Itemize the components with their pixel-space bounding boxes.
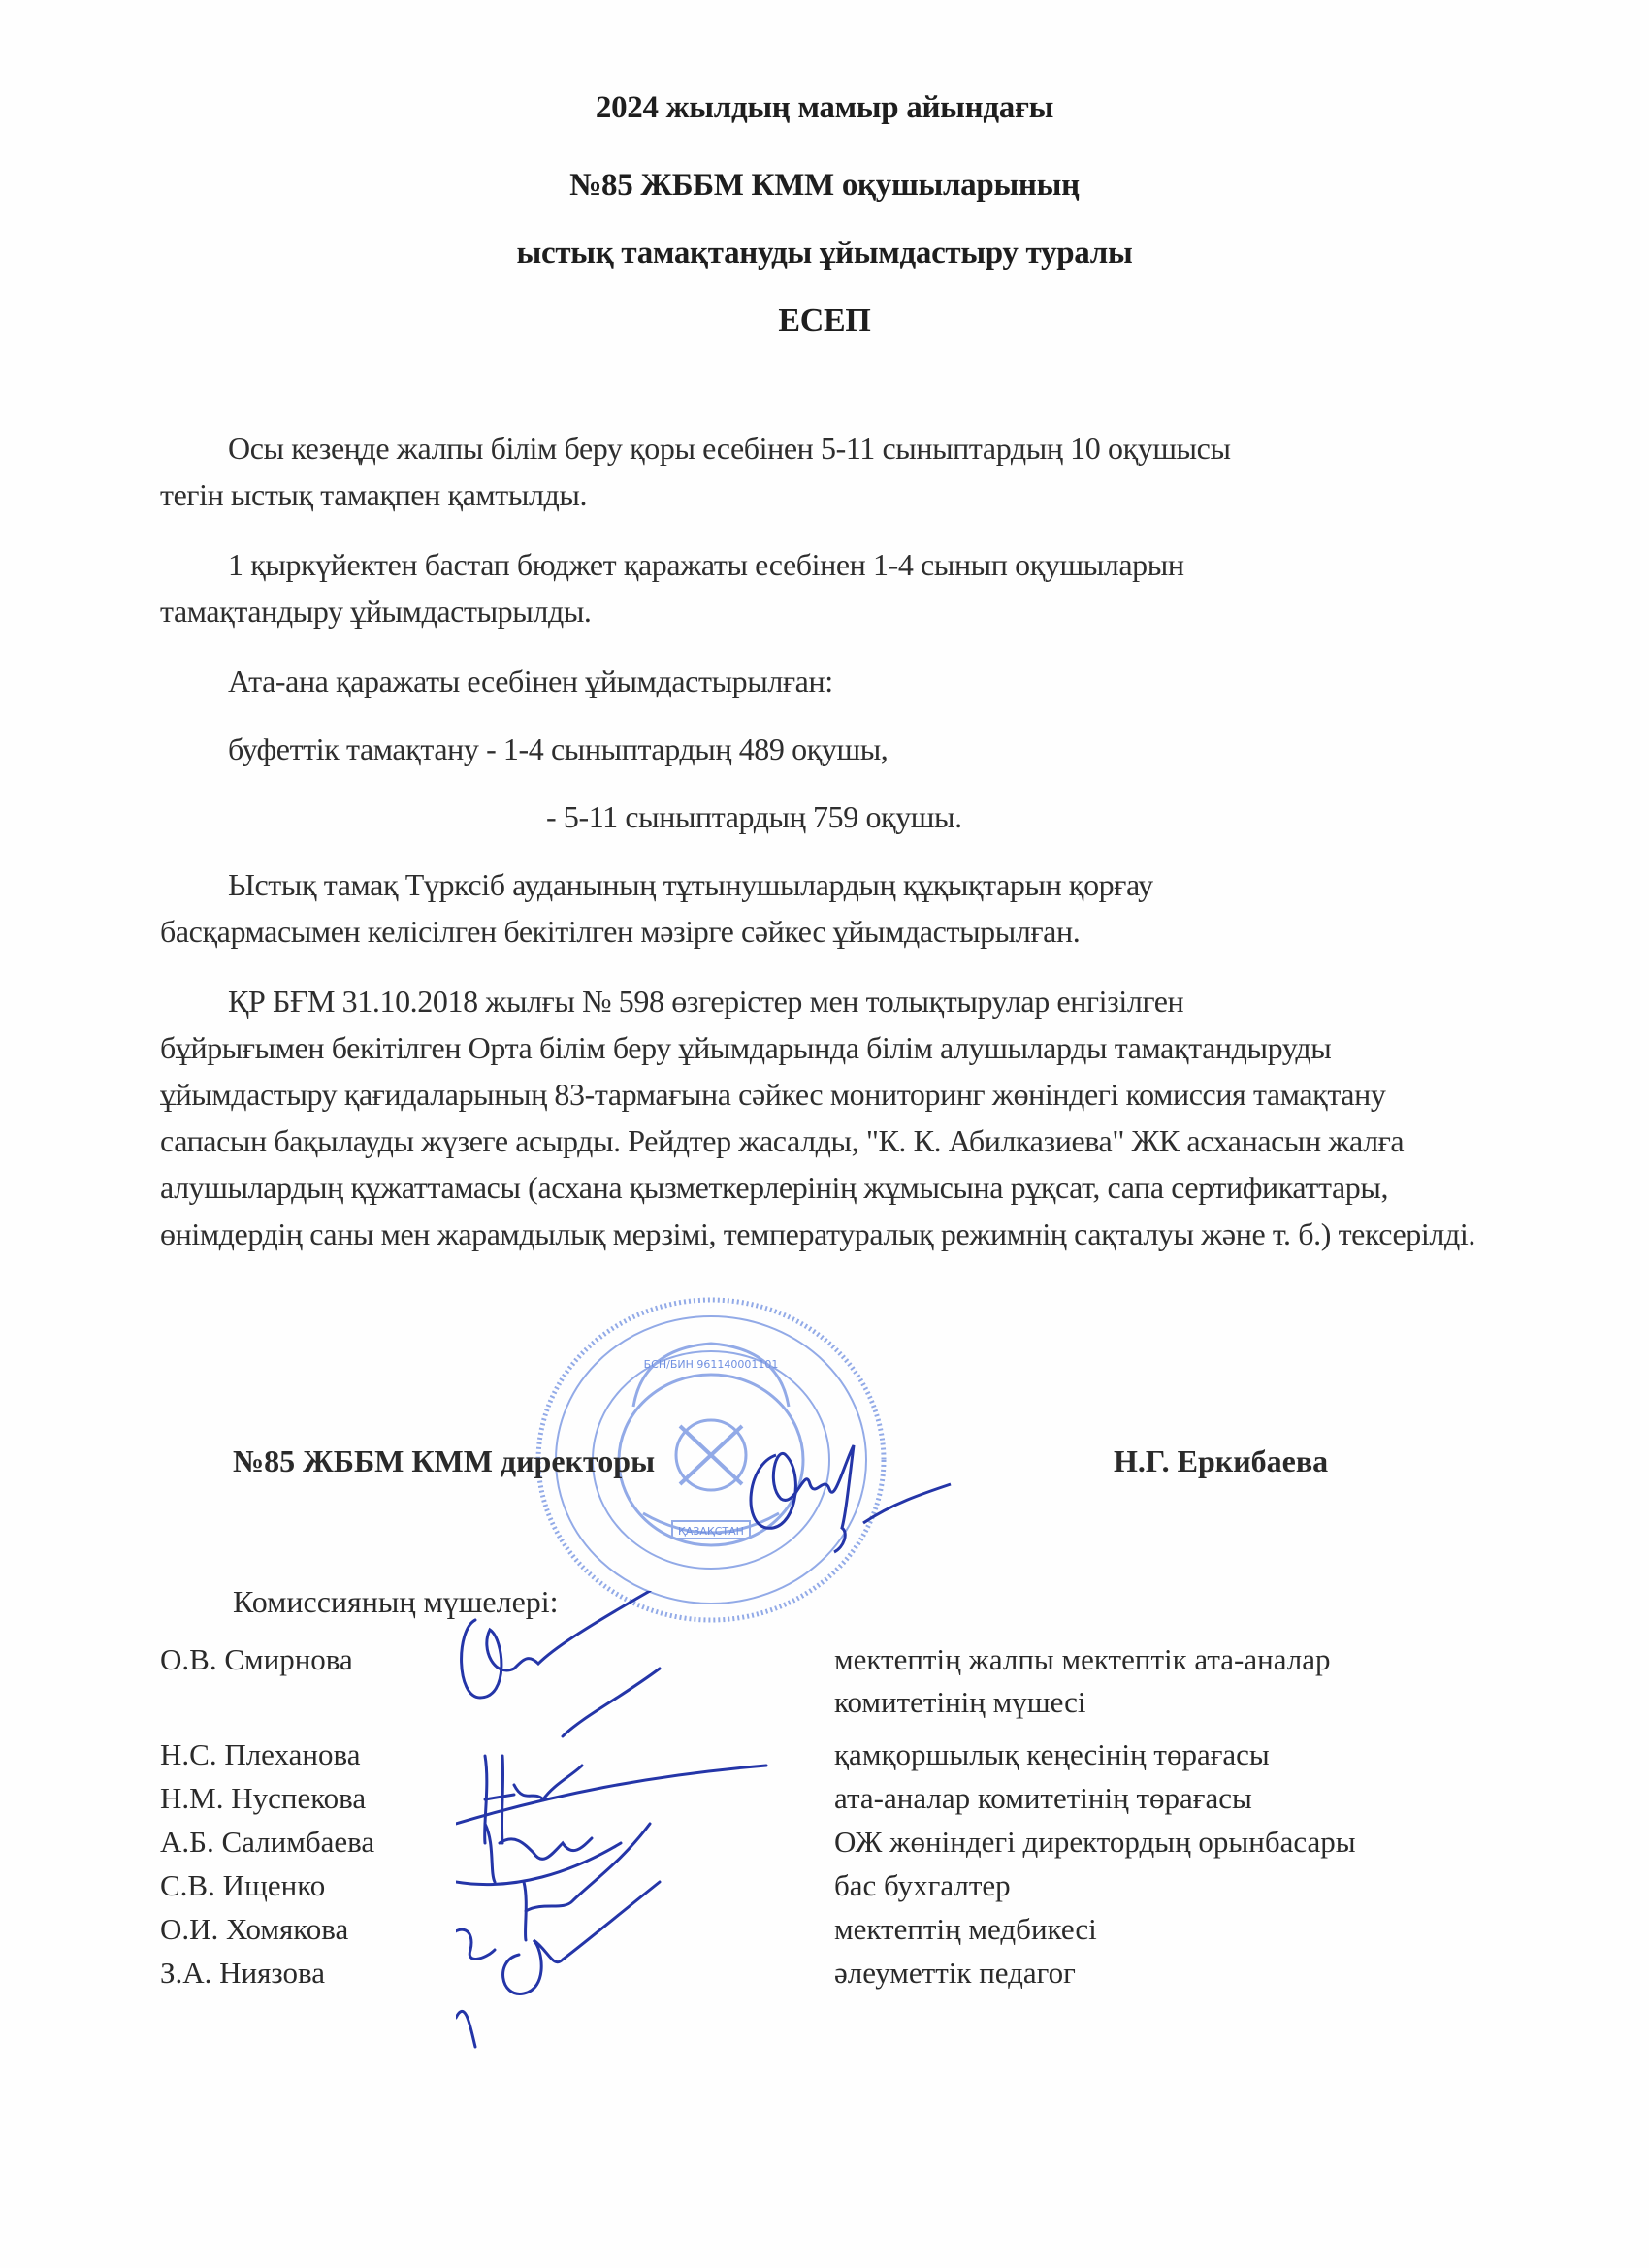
member-role: ОЖ жөніндегі директордың орынбасары [834, 1825, 1356, 1860]
member-role-continuation: комитетінің мүшесі [834, 1685, 1086, 1720]
member-role: мектептің медбикесі [834, 1912, 1097, 1947]
member-name: О.И. Хомякова [160, 1912, 348, 1947]
member-role: мектептің жалпы мектептік ата-аналар [834, 1642, 1331, 1677]
paragraph-parent-funded: Ата-ана қаражаты есебінен ұйымдастырылға… [160, 658, 1489, 704]
paragraph-budget-meals: 1 қыркүйектен бастап бюджет қаражаты есе… [160, 541, 1489, 634]
paragraph-continuation: басқармасымен келісілген бекітілген мәзі… [160, 914, 1080, 949]
paragraph-first-line: Ата-ана қаражаты есебінен ұйымдастырылға… [160, 664, 833, 698]
paragraph-continuation: тегін ыстық тамақпен қамтылды. [160, 477, 587, 512]
paragraph-first-line: буфеттік тамақтану - 1-4 сыныптардың 489… [160, 731, 888, 766]
paragraph-menu: Ыстық тамақ Түрксіб ауданының тұтынушыла… [160, 861, 1489, 955]
title-line-report: ЕСЕП [0, 303, 1649, 340]
paragraph-first-line: Осы кезеңде жалпы білім беру қоры есебін… [160, 431, 1231, 466]
member-name: З.А. Ниязова [160, 1956, 325, 1991]
paragraph-continuation: бұйрығымен бекітілген Орта білім беру ұй… [160, 1030, 1475, 1251]
member-name: А.Б. Салимбаева [160, 1825, 374, 1860]
paragraph-continuation: тамақтандыру ұйымдастырылды. [160, 594, 592, 629]
svg-text:БСН/БИН 961140001101: БСН/БИН 961140001101 [644, 1358, 779, 1371]
title-line-school: №85 ЖББМ КММ оқушыларының [0, 167, 1649, 204]
member-role: бас бухгалтер [834, 1868, 1011, 1903]
paragraph-first-line: ҚР БҒМ 31.10.2018 жылғы № 598 өзгерістер… [160, 984, 1183, 1019]
member-role: қамқоршылық кеңесінің төрағасы [834, 1737, 1270, 1772]
member-role: әлеуметтік педагог [834, 1956, 1076, 1991]
director-name: Н.Г. Еркибаева [1114, 1443, 1328, 1479]
paragraph-buffet-1-4: буфеттік тамақтану - 1-4 сыныптардың 489… [160, 726, 1489, 772]
member-name: Н.М. Нуспекова [160, 1781, 366, 1816]
svg-text:ҚАЗАҚСТАН: ҚАЗАҚСТАН [678, 1525, 744, 1538]
member-name: С.В. Ищенко [160, 1868, 325, 1903]
paragraph-buffet-5-11: - 5-11 сыныптардың 759 оқушы. [546, 794, 1649, 840]
director-signature-icon [737, 1426, 960, 1562]
member-role: ата-аналар комитетінің төрағасы [834, 1781, 1252, 1816]
member-name: Н.С. Плеханова [160, 1737, 360, 1772]
paragraph-first-line: Ыстық тамақ Түрксіб ауданының тұтынушыла… [160, 867, 1153, 902]
member-name: О.В. Смирнова [160, 1642, 353, 1677]
paragraph-first-line: - 5-11 сыныптардың 759 оқушы. [546, 799, 962, 834]
member-signatures-icon [456, 1591, 805, 2057]
director-title: №85 ЖББМ КММ директоры [233, 1443, 655, 1479]
paragraph-monitoring: ҚР БҒМ 31.10.2018 жылғы № 598 өзгерістер… [160, 978, 1489, 1257]
paragraph-first-line: 1 қыркүйектен бастап бюджет қаражаты есе… [160, 547, 1184, 582]
document-page: 2024 жылдың мамыр айындағы №85 ЖББМ КММ … [0, 0, 1649, 2268]
title-line-period: 2024 жылдың мамыр айындағы [0, 89, 1649, 126]
title-line-subject: ыстық тамақтануды ұйымдастыру туралы [0, 235, 1649, 272]
paragraph-free-meals: Осы кезеңде жалпы білім беру қоры есебін… [160, 425, 1489, 518]
